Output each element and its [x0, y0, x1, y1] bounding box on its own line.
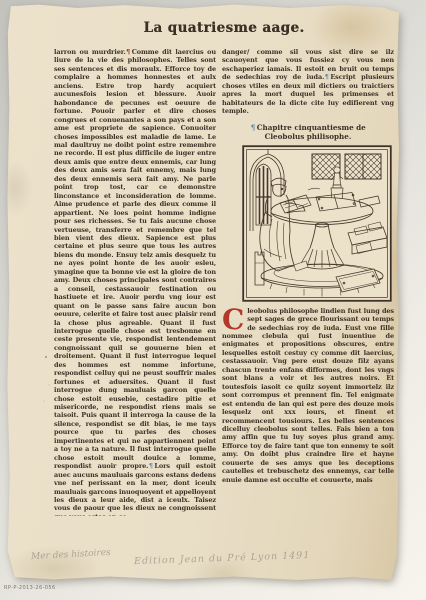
page-scan-wrapper: La quatriesme aage. larron ou murdrier.¶…: [7, 4, 399, 580]
drop-cap-initial: C: [222, 307, 247, 332]
ink-specks: [45, 356, 47, 358]
page-scan: La quatriesme aage. larron ou murdrier.¶…: [7, 4, 399, 580]
lattice-windows: [312, 154, 381, 179]
right-column-lower-text: Cleobolus philosophe lindien fust lung d…: [222, 307, 394, 485]
screenshot-backdrop: { "document": { "running_title": "La qua…: [0, 0, 426, 600]
chapter-heading-line2: Cleobolus philisophe.: [265, 132, 352, 141]
pencil-inscription-edition: Edition Jean du Pré Lyon 1491: [134, 550, 311, 567]
chapter-heading-line1: ¶Chapitre cinquantiesme de: [250, 123, 366, 132]
woodcut-illustration: [242, 145, 392, 302]
right-column-lower-body: leobolus philosophe lindien fust lung de…: [222, 307, 394, 484]
pencil-inscription-title: Mer des histoires: [31, 548, 111, 562]
right-column-upper-text: danger/ comme sil vous sist dire se ilz …: [222, 48, 394, 116]
pilcrow-mark: ¶: [148, 462, 154, 470]
pilcrow-mark: ¶: [250, 123, 257, 132]
left-text-column: larron ou murdrier.¶Comme dit laercius o…: [54, 48, 216, 516]
pilcrow-mark: ¶: [324, 73, 330, 81]
pilcrow-mark: ¶: [126, 48, 132, 56]
chapter-heading: ¶Chapitre cinquantiesme de Cleobolus phi…: [228, 123, 388, 142]
right-text-column: danger/ comme sil vous sist dire se ilz …: [222, 48, 394, 516]
running-title: La quatriesme aage.: [54, 20, 394, 36]
left-column-text: larron ou murdrier.¶Comme dit laercius o…: [54, 48, 216, 516]
accession-number: RP-P-2013-26-056: [4, 585, 56, 591]
